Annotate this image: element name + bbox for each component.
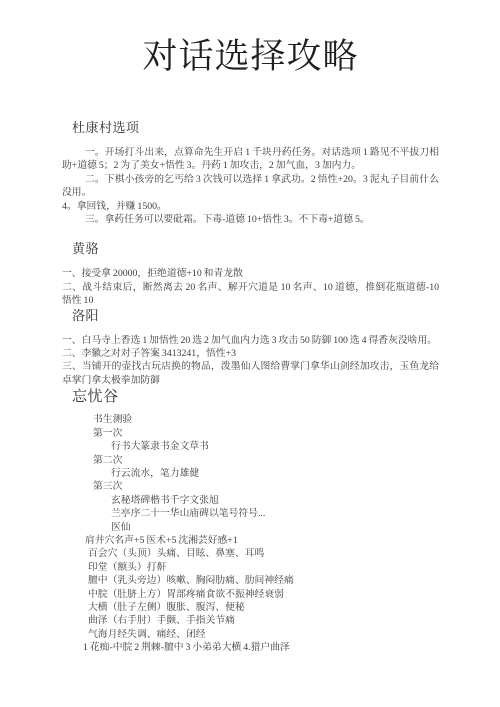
guide-line: 二。下棋小孩旁的乞丐给 3 次钱可以选择 1 拿武功。2 悟性+20。3 泥丸子… — [62, 173, 439, 200]
guide-line: 1 花痴-中脘 2 荆棘-膻中 3 小弟弟大横 4.猎户曲泽 — [62, 641, 439, 654]
guide-line: 一、白马寺上香选 1 加悟性 20 选 2 加气血内力选 3 攻击 50 防御 … — [62, 334, 439, 347]
guide-line: 第二次 — [62, 454, 439, 467]
guide-line: 三。拿药任务可以要砒霜。下毒-道德 10+悟性 3。不下毒+道德 5。 — [62, 213, 439, 226]
guide-line: 第一次 — [62, 427, 439, 440]
guide-line: 曲泽（右手肘）手颤、手指关节痛 — [62, 614, 439, 627]
section-heading: 黄骆 — [72, 241, 439, 256]
guide-line: 气海月经失调、痛经、闭经 — [62, 628, 439, 641]
guide-line: 行书大篆隶书金文草书 — [62, 440, 439, 453]
guide-line: 一、接受拿 20000，拒绝道德+10 和青龙散 — [62, 267, 439, 280]
section-heading: 忘忧谷 — [72, 389, 439, 406]
guide-line: 印堂（额头）打鼾 — [62, 561, 439, 574]
guide-line: 行云流水，笔力雄健 — [62, 467, 439, 480]
page-title: 对话选择攻略 — [62, 38, 439, 76]
guide-section: 洛阳一、白马寺上香选 1 加悟性 20 选 2 加气血内力选 3 攻击 50 防… — [62, 308, 439, 388]
guide-line: 大横（肚子左侧）腹胀、腹泻、便秘 — [62, 601, 439, 614]
guide-section: 杜康村选项一。开场打斗出来，点算命先生开启 1 千块丹药任务。对话选项 1 路见… — [62, 120, 439, 226]
section-heading: 洛阳 — [72, 308, 439, 323]
guide-line: 4。拿回钱，并赚 1500。 — [62, 200, 439, 213]
guide-line: 二、战斗结束后，断然离去 20 名声、解开穴道是 10 名声、10 道德，推倒花… — [62, 281, 439, 308]
guide-line: 医仙 — [62, 521, 439, 534]
guide-line: 膻中（乳头旁边）咳嗽、胸闷肋痛、肋间神经痛 — [62, 574, 439, 587]
guide-line: 兰亭序二十一华山庙碑以笔号符号... — [62, 507, 439, 520]
guide-line: 一。开场打斗出来，点算命先生开启 1 千块丹药任务。对话选项 1 路见不平拔刀相… — [62, 146, 439, 173]
guide-line: 二、李徽之对对子答案 3413241，悟性+3 — [62, 347, 439, 360]
guide-section: 忘忧谷书生测验第一次行书大篆隶书金文草书第二次行云流水，笔力雄健第三次玄秘塔碑楷… — [62, 389, 439, 654]
document-content: 杜康村选项一。开场打斗出来，点算命先生开启 1 千块丹药任务。对话选项 1 路见… — [62, 120, 439, 655]
guide-line: 书生测验 — [62, 413, 439, 426]
guide-line: 百会穴（头顶）头痛、目眩、鼻塞、耳鸣 — [62, 547, 439, 560]
guide-line: 肩井穴名声+5 医术+5 沈湘芸好感+1 — [62, 534, 439, 547]
document-page: 对话选择攻略 杜康村选项一。开场打斗出来，点算命先生开启 1 千块丹药任务。对话… — [0, 0, 500, 707]
guide-section: 黄骆一、接受拿 20000，拒绝道德+10 和青龙散二、战斗结束后，断然离去 2… — [62, 241, 439, 307]
section-heading: 杜康村选项 — [72, 120, 439, 135]
guide-line: 第三次 — [62, 480, 439, 493]
guide-line: 三、当铺开的壶找古玩店换的物品，泼墨仙人图给曹掌门拿华山剑经加攻击，玉鱼龙给卓掌… — [62, 360, 439, 387]
guide-line: 中脘（肚脐上方）胃部疼痛食欲不振神经衰弱 — [62, 588, 439, 601]
guide-line: 玄秘塔碑楷书千字文张旭 — [62, 494, 439, 507]
